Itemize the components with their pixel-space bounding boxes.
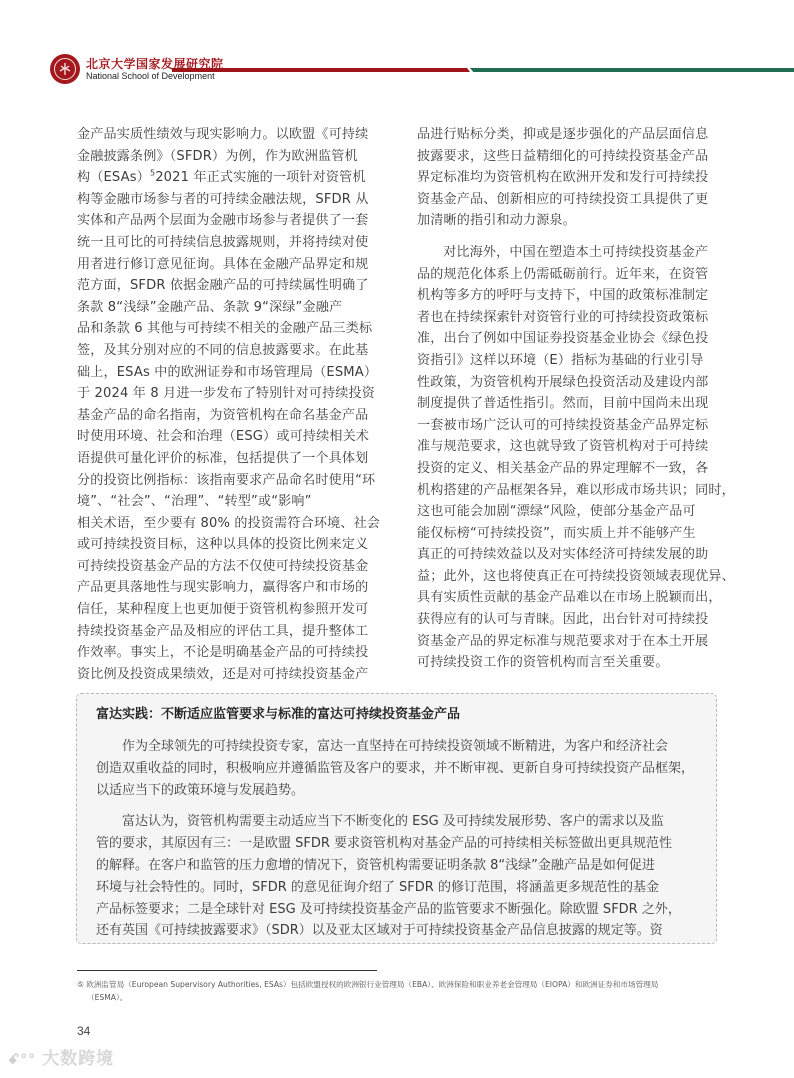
case-study-title: 富达实践：不断适应监管要求与标准的富达可持续投资基金产品 xyxy=(96,703,460,722)
text-line: 语提供可量化评价的标准，包括提供了一个具体划 xyxy=(77,448,405,470)
case-study-body: 作为全球领先的可持续投资专家，富达一直坚持在可持续投资领域不断精进，为客户和经济… xyxy=(96,736,699,952)
case-study-box: 富达实践：不断适应监管要求与标准的富达可持续投资基金产品 作为全球领先的可持续投… xyxy=(76,693,717,944)
text-line: 资指引》这样以环境（E）指标为基础的行业引导 xyxy=(417,350,745,372)
text-line: 相关术语，至少要有 80% 的投资需符合环境、社会 xyxy=(77,513,405,535)
text-line: 分的投资比例指标：该指南要求产品命名时使用“环 xyxy=(77,470,405,492)
footnote-divider xyxy=(77,970,377,971)
text-line: 实体和产品两个层面为金融市场参与者提供了一套 xyxy=(77,210,405,232)
text-line: 或可持续投资目标，这种以具体的投资比例来定义 xyxy=(77,534,405,556)
text-line: 一套被市场广泛认可的可持续投资基金产品界定标 xyxy=(417,415,745,437)
text-line: 能仅标榜“可持续投资”，而实质上并不能够产生 xyxy=(417,523,745,545)
text-line: 金融披露条例》（SFDR）为例，作为欧洲监管机 xyxy=(77,146,405,168)
text-line: 还有英国《可持续披露要求》（SDR）以及亚太区域对于可持续投资基金产品信息披露的… xyxy=(96,920,699,942)
seal-glyph-icon xyxy=(58,62,72,76)
text-line: 条款 8“浅绿”金融产品、条款 9“深绿”金融产 xyxy=(77,297,405,319)
paragraph-china-comparison: 对比海外，中国在塑造本土可持续投资基金产 品的规范化体系上仍需砥砺前行。近年来，… xyxy=(417,242,745,674)
watermark: ꗃ°°大数跨境 xyxy=(8,1044,114,1069)
text-line: 准，出台了例如中国证券投资基金业协会《绿色投 xyxy=(417,328,745,350)
text-line: 制度提供了普适性指引。然而，目前中国尚未出现 xyxy=(417,393,745,415)
text-line: 品进行贴标分类，抑或是逐步强化的产品层面信息 xyxy=(417,124,745,146)
text-line: 具有实质性贡献的基金产品难以在市场上脱颖而出， xyxy=(417,587,745,609)
text-line: 创造双重收益的同时，积极响应并遵循监管及客户的要求，并不断审视、更新自身可持续投… xyxy=(96,758,699,780)
text-line: 础上，ESAs 中的欧洲证券和市场管理局（ESMA） xyxy=(77,362,405,384)
text-line: 益；此外，这也将使真正在可持续投资领域表现优异、 xyxy=(417,566,745,588)
text-line: 真正的可持续效益以及对实体经济可持续发展的助 xyxy=(417,544,745,566)
text-line: 对比海外，中国在塑造本土可持续投资基金产 xyxy=(417,242,745,264)
text-line: 境”、“社会”、“治理”、“转型”或“影响” xyxy=(77,491,405,513)
text-line: 加清晰的指引和动力源泉。 xyxy=(417,210,745,232)
header-red-rule xyxy=(172,68,470,72)
text-line: 基金产品的命名指南，为资管机构在命名基金产品 xyxy=(77,405,405,427)
text-line: 时使用环境、社会和治理（ESG）或可持续相关术 xyxy=(77,426,405,448)
pku-seal-logo-icon xyxy=(50,54,80,84)
watermark-text: 大数跨境 xyxy=(42,1049,114,1069)
watermark-logo-icon: ꗃ°° xyxy=(8,1052,36,1068)
case-paragraph-1: 作为全球领先的可持续投资专家，富达一直坚持在可持续投资领域不断精进，为客户和经济… xyxy=(96,736,699,801)
text-line: 作为全球领先的可持续投资专家，富达一直坚持在可持续投资领域不断精进，为客户和经济… xyxy=(96,736,699,758)
text-line: 范方面，SFDR 依据金融产品的可持续属性明确了 xyxy=(77,275,405,297)
text-line: 持续投资基金产品及相应的评估工具，提升整体工 xyxy=(77,621,405,643)
text-line: 者也在持续探索针对资管行业的可持续投资政策标 xyxy=(417,307,745,329)
text-line: 环境与社会特性的。同时，SFDR 的意见征询介绍了 SFDR 的修订范围，将涵盖… xyxy=(96,877,699,899)
text-line: 性政策，为资管机构开展绿色投资活动及建设内部 xyxy=(417,372,745,394)
text-line: 以适应当下的政策环境与发展趋势。 xyxy=(96,780,699,802)
text-line: 准与规范要求，这也就导致了资管机构对于可持续 xyxy=(417,436,745,458)
text-line: 资基金产品、创新相应的可持续投资工具提供了更 xyxy=(417,189,745,211)
footnote-text: （ESMA）。 xyxy=(77,991,737,1004)
text-line: 投资的定义、相关基金产品的界定理解不一致，各 xyxy=(417,458,745,480)
text-line: 产品标签要求；二是全球针对 ESG 及可持续投资基金产品的监管要求不断强化。除欧… xyxy=(96,899,699,921)
text-line: 机构等多方的呼吁与支持下，中国的政策标准制定 xyxy=(417,285,745,307)
page-header: 北京大学国家发展研究院 National School of Developme… xyxy=(0,0,794,100)
text-line: 签，及其分别对应的不同的信息披露要求。在此基 xyxy=(77,340,405,362)
text-line: 品和条款 6 其他与可持续不相关的金融产品三类标 xyxy=(77,318,405,340)
paragraph-eu-standards: 品进行贴标分类，抑或是逐步强化的产品层面信息 披露要求，这些日益精细化的可持续投… xyxy=(417,124,745,232)
text-line: 机构搭建的产品框架各异，难以形成市场共识；同时， xyxy=(417,480,745,502)
page-number: 34 xyxy=(77,1024,90,1038)
footnote-5: ⑤ 欧洲监管局（European Supervisory Authorities… xyxy=(77,978,737,1004)
text-line: 管的要求，其原因有三：一是欧盟 SFDR 要求资管机构对基金产品的可持续相关标签… xyxy=(96,833,699,855)
text-line: 资基金产品的界定标准与规范要求对于在本土开展 xyxy=(417,631,745,653)
text-line: 产品更具落地性与现实影响力，赢得客户和市场的 xyxy=(77,577,405,599)
text-line: 这也可能会加剧“漂绿“风险，使部分基金产品可 xyxy=(417,501,745,523)
left-column: 金产品实质性绩效与现实影响力。以欧盟《可持续 金融披露条例》（SFDR）为例，作… xyxy=(77,124,405,685)
text-line: 于 2024 年 8 月进一步发布了特别针对可持续投资 xyxy=(77,383,405,405)
text-line: 的解释。在客户和监管的压力愈增的情况下，资管机构需要证明条款 8“浅绿”金融产品… xyxy=(96,855,699,877)
text-line: 可持续投资基金产品的方法不仅使可持续投资基金 xyxy=(77,556,405,578)
logo-english-name: National School of Development xyxy=(86,71,215,81)
text-line: 信任，某种程度上也更加便于资管机构参照开发可 xyxy=(77,599,405,621)
text-line: 品的规范化体系上仍需砥砺前行。近年来，在资管 xyxy=(417,264,745,286)
text-line: 可持续投资工作的资管机构而言至关重要。 xyxy=(417,652,745,674)
case-paragraph-2: 富达认为，资管机构需要主动适应当下不断变化的 ESG 及可持续发展形势、客户的需… xyxy=(96,811,699,942)
right-column: 品进行贴标分类，抑或是逐步强化的产品层面信息 披露要求，这些日益精细化的可持续投… xyxy=(417,124,745,674)
text-line: 用者进行修订意见征询。具体在金融产品界定和规 xyxy=(77,254,405,276)
text-line: 界定标准均为资管机构在欧洲开发和发行可持续投 xyxy=(417,167,745,189)
footnote-text: ⑤ 欧洲监管局（European Supervisory Authorities… xyxy=(77,978,737,991)
text-line: 资比例及投资成果绩效，还是对可持续投资基金产 xyxy=(77,664,405,686)
text-line: 富达认为，资管机构需要主动适应当下不断变化的 ESG 及可持续发展形势、客户的需… xyxy=(96,811,699,833)
text-line: 金产品实质性绩效与现实影响力。以欧盟《可持续 xyxy=(77,124,405,146)
text-line: 披露要求，这些日益精细化的可持续投资基金产品 xyxy=(417,146,745,168)
header-green-rule xyxy=(470,68,794,72)
text-line-with-footnote: 构（ESAs）52021 年正式实施的一项针对资管机 xyxy=(77,167,405,189)
text-line: 统一且可比的可持续信息披露规则，并将持续对使 xyxy=(77,232,405,254)
text-line: 作效率。事实上，不论是明确基金产品的可持续投 xyxy=(77,642,405,664)
text-line: 构等金融市场参与者的可持续金融法规，SFDR 从 xyxy=(77,189,405,211)
text-line: 获得应有的认可与青睐。因此，出台针对可持续投 xyxy=(417,609,745,631)
